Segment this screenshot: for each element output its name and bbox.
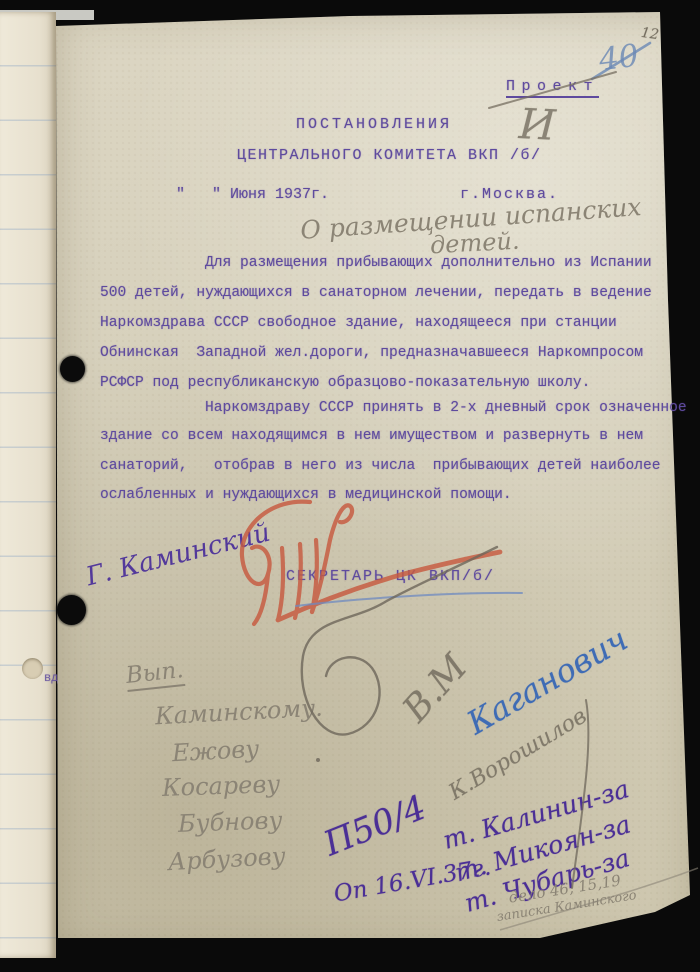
- ruled-page-strip: [0, 12, 56, 958]
- punch-hole-strip: [22, 658, 43, 679]
- body-line: ослабленных и нуждающихся в медицинской …: [100, 487, 512, 503]
- corner-page-number: 12: [640, 25, 660, 43]
- margin-text-fragment: вд: [44, 671, 58, 685]
- punch-hole-bottom: [57, 595, 86, 625]
- punch-hole-top: [60, 356, 85, 382]
- distribution-recipient: Бубнову: [178, 806, 283, 838]
- body-line: РСФСР под республиканскую образцово-пока…: [100, 375, 590, 391]
- body-line: здание со всем находящимся в нем имущест…: [100, 428, 643, 444]
- body-line: 500 детей, нуждающихся в санаторном лече…: [100, 285, 652, 301]
- body-line: Наркомздрава СССР свободное здание, нахо…: [100, 315, 617, 331]
- archival-photo: вд 12 40 Проект И ПОСТАНОВЛЕНИЯ ЦЕНТРАЛЬ…: [0, 0, 700, 972]
- body-line: Обнинская Западной жел.дороги, предназна…: [100, 345, 643, 361]
- distribution-recipient: Ежову: [171, 735, 259, 768]
- body-line: санаторий, отобрав в него из числа прибы…: [100, 458, 661, 474]
- body-line: Наркомздраву СССР принять в 2-х дневный …: [205, 400, 687, 416]
- distribution-recipient: Косареву: [162, 770, 281, 802]
- title-line-1: ПОСТАНОВЛЕНИЯ: [296, 116, 452, 133]
- title-line-2: ЦЕНТРАЛЬНОГО КОМИТЕТА ВКП /б/: [237, 147, 542, 164]
- body-line: Для размещения прибывающих дополнительно…: [205, 255, 652, 271]
- secretary-title: СЕКРЕТАРЬ ЦК ВКП/б/: [286, 568, 495, 585]
- approval-mark: И: [518, 99, 557, 150]
- distribution-header: Вып.: [125, 657, 185, 692]
- crossed-out-number: 40: [597, 38, 641, 79]
- draft-label: Проект: [506, 78, 599, 98]
- date-blank: " " Июня 1937г.: [176, 186, 329, 203]
